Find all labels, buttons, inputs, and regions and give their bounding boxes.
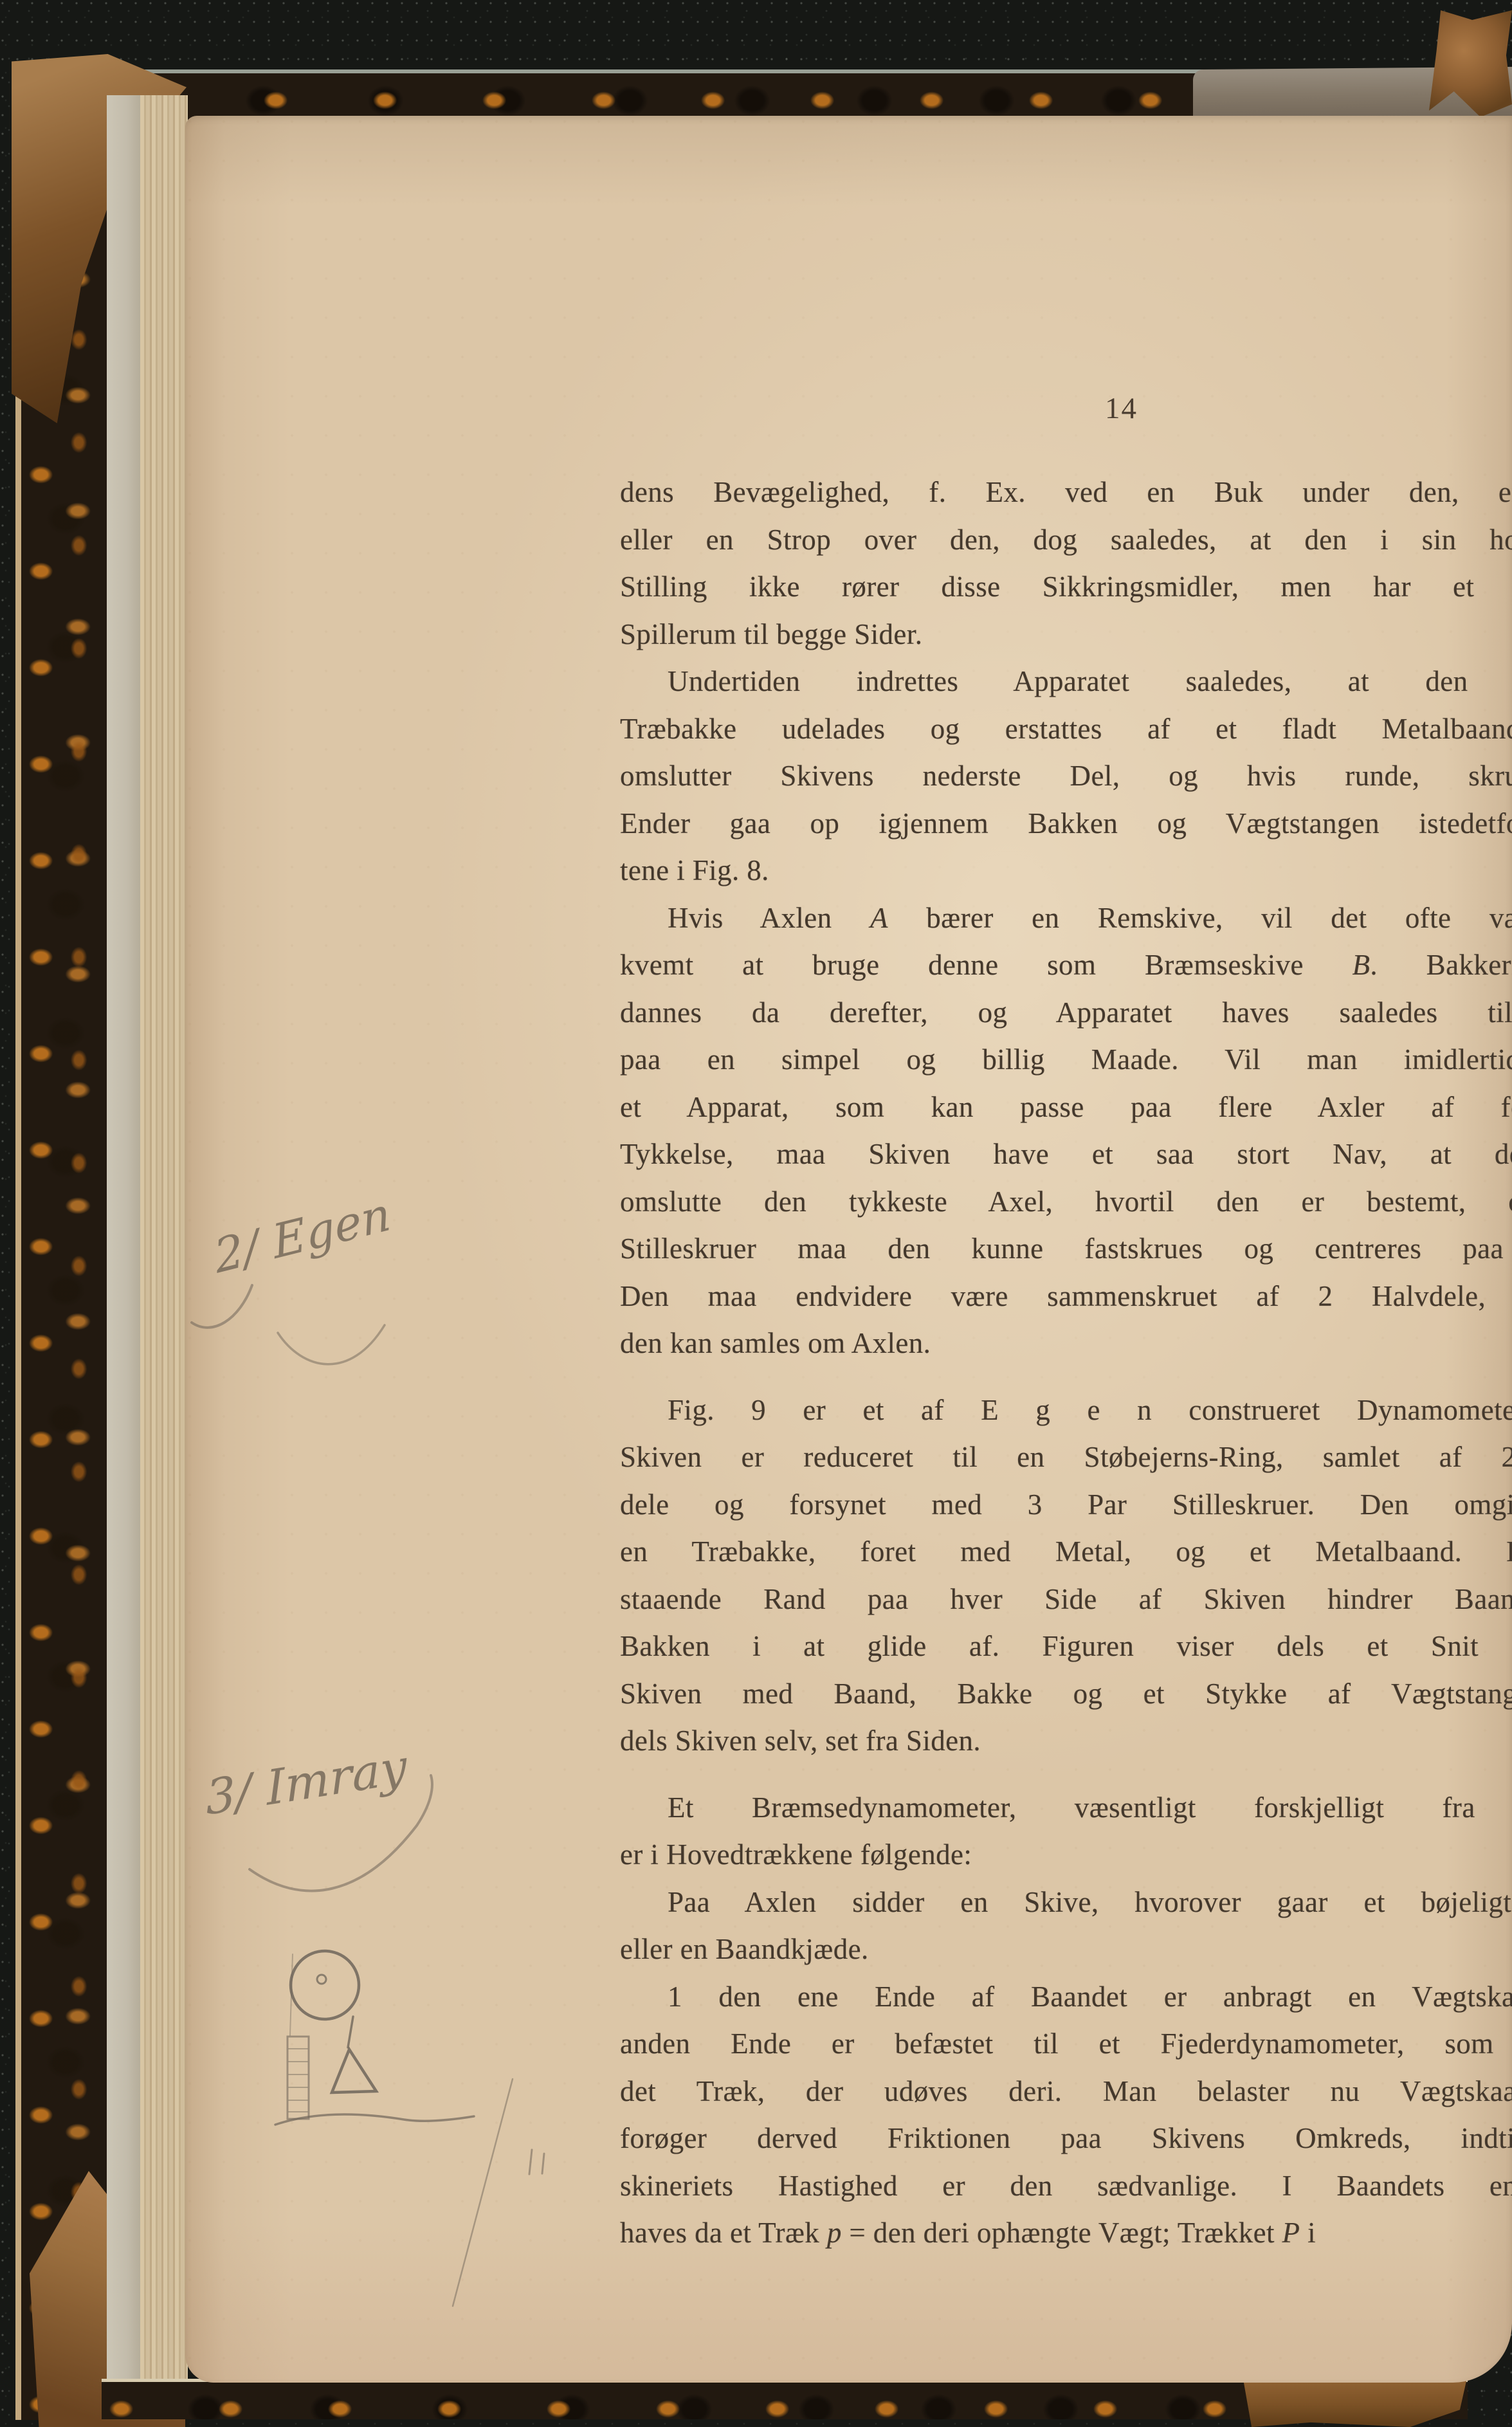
text-line: en Træbakke, foret med Metal, og et Meta… — [620, 1528, 1512, 1576]
text-line: 1 den ene Ende af Baandet er anbragt en … — [620, 1974, 1512, 2021]
text-line: Bakken i at glide af. Figuren viser dels… — [620, 1623, 1512, 1671]
text-line: tene i Fig. 8. — [620, 847, 1512, 895]
book-page: 14 dens Bevægelighed, f. Ex. ved en Buk … — [185, 116, 1512, 2383]
text-line: Et Bræmsedynamometer, væsentligt forskje… — [620, 1784, 1512, 1832]
text-line: Spillerum til begge Sider. — [620, 611, 1512, 659]
text-line: Skiven er reduceret til en Støbejerns-Ri… — [620, 1434, 1512, 1481]
text-line: Paa Axlen sidder en Skive, hvorover gaar… — [620, 1879, 1512, 1927]
text-line: Undertiden indrettes Apparatet saaledes,… — [620, 658, 1512, 706]
text-line: et Apparat, som kan passe paa flere Axle… — [620, 1084, 1512, 1131]
text-line: Ender gaa op igjennem Bakken og Vægtstan… — [620, 800, 1512, 848]
text-line: er i Hovedtrækkene følgende: — [620, 1831, 1512, 1879]
text-line: Hvis Axlen A bærer en Remskive, vil det … — [620, 895, 1512, 942]
text-line: dens Bevægelighed, f. Ex. ved en Buk und… — [620, 469, 1512, 517]
text-line: forøger derved Friktionen paa Skivens Om… — [620, 2115, 1512, 2163]
book-cover-marbled-board — [15, 62, 119, 2420]
text-line: Tykkelse, maa Skiven have et saa stort N… — [620, 1131, 1512, 1178]
text-line: haves da et Træk p = den deri ophængte V… — [620, 2210, 1512, 2257]
text-line: Træbakke udelades og erstattes af et fla… — [620, 706, 1512, 753]
text-line: skineriets Hastighed er den sædvanlige. … — [620, 2163, 1512, 2210]
text-line: omslutter Skivens nederste Del, og hvis … — [620, 753, 1512, 800]
text-line: Skiven med Baand, Bakke og et Stykke af … — [620, 1671, 1512, 1718]
text-line: det Træk, der udøves deri. Man belaster … — [620, 2068, 1512, 2116]
text-line: Den maa endvidere være sammenskruet af 2… — [620, 1273, 1512, 1321]
text-line: paa en simpel og billig Maade. Vil man i… — [620, 1036, 1512, 1084]
text-line: Fig. 9 er et af E g e n construeret Dyna… — [620, 1387, 1512, 1434]
scanned-book-page-photo: 14 dens Bevægelighed, f. Ex. ved en Buk … — [0, 0, 1512, 2427]
text-line: eller en Baandkjæde. — [620, 1926, 1512, 1974]
text-line: dannes da derefter, og Apparatet haves s… — [620, 989, 1512, 1037]
page-edges-stack — [140, 95, 188, 2385]
text-line: Stilling ikke rører disse Sikkringsmidle… — [620, 563, 1512, 611]
text-line: staaende Rand paa hver Side af Skiven hi… — [620, 1576, 1512, 1624]
text-line: anden Ende er befæstet til et Fjederdyna… — [620, 2020, 1512, 2068]
text-block: dens Bevægelighed, f. Ex. ved en Buk und… — [620, 469, 1512, 2257]
text-line: omslutte den tykkeste Axel, hvortil den … — [620, 1178, 1512, 1226]
text-line: dele og forsynet med 3 Par Stilleskruer.… — [620, 1481, 1512, 1529]
text-line: Stilleskruer maa den kunne fastskrues og… — [620, 1225, 1512, 1273]
text-line: dels Skiven selv, set fra Siden. — [620, 1717, 1512, 1765]
text-line: kvemt at bruge denne som Bræmseskive B. … — [620, 942, 1512, 989]
flyleaf-edge-strip — [107, 95, 140, 2385]
page-number: 14 — [620, 391, 1512, 426]
text-line: den kan samles om Axlen. — [620, 1320, 1512, 1368]
text-line: eller en Strop over den, dog saaledes, a… — [620, 517, 1512, 564]
